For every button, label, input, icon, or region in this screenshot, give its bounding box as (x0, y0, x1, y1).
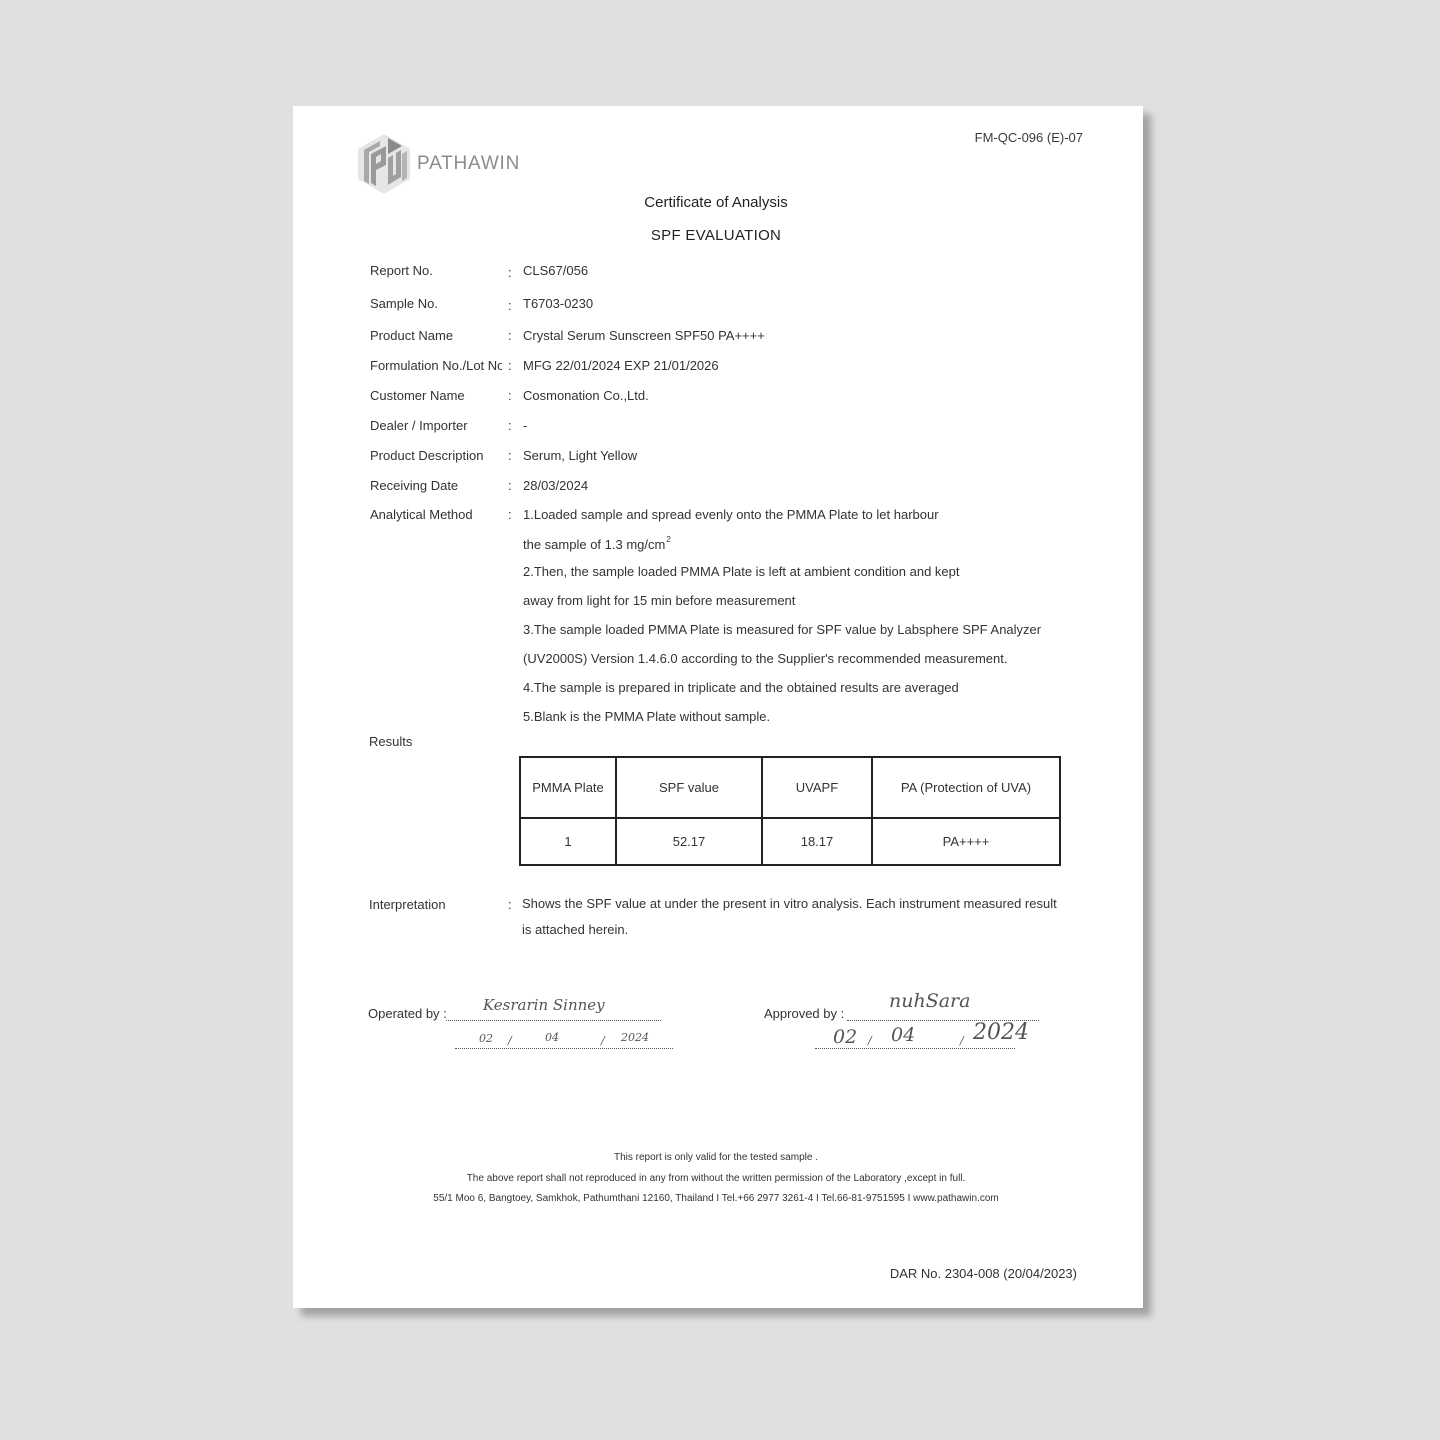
field-colon: : (508, 265, 512, 280)
method-line: 3.The sample loaded PMMA Plate is measur… (523, 622, 1041, 637)
method-line: 4.The sample is prepared in triplicate a… (523, 680, 959, 695)
date-separator: / (868, 1034, 872, 1047)
table-header-cell: PA (Protection of UVA) (872, 757, 1060, 818)
table-row: 1 52.17 18.17 PA++++ (520, 818, 1060, 865)
method-line: 5.Blank is the PMMA Plate without sample… (523, 709, 770, 724)
footer-reproduction-note: The above report shall not reproduced in… (293, 1173, 1139, 1184)
approved-date-day: 02 (833, 1026, 857, 1048)
results-label: Results (369, 734, 412, 749)
footer-validity-note: This report is only valid for the tested… (293, 1152, 1139, 1163)
field-colon: : (508, 448, 512, 463)
operated-by-label: Operated by : (368, 1006, 447, 1021)
field-colon: : (508, 418, 512, 433)
signature-line (446, 1020, 661, 1021)
field-label-product-name: Product Name (370, 328, 502, 343)
field-value-product-description: Serum, Light Yellow (523, 448, 637, 463)
dar-number: DAR No. 2304-008 (20/04/2023) (890, 1266, 1077, 1281)
form-code: FM-QC-096 (E)-07 (975, 130, 1083, 145)
table-header-cell: UVAPF (762, 757, 872, 818)
company-logo: PATHAWIN (356, 132, 520, 196)
field-value-sample-no: T6703-0230 (523, 296, 593, 311)
table-cell: 52.17 (616, 818, 762, 865)
pathawin-logo-icon (356, 132, 412, 196)
footer-address: 55/1 Moo 6, Bangtoey, Samkhok, Pathumtha… (293, 1193, 1139, 1204)
operated-date-day: 02 (479, 1032, 493, 1045)
table-header-cell: SPF value (616, 757, 762, 818)
method-line: (UV2000S) Version 1.4.6.0 according to t… (523, 651, 1007, 666)
method-line: 2.Then, the sample loaded PMMA Plate is … (523, 564, 959, 579)
table-cell: 1 (520, 818, 616, 865)
logo-text: PATHAWIN (417, 153, 520, 175)
field-value-customer-name: Cosmonation Co.,Ltd. (523, 388, 649, 403)
field-colon: : (508, 507, 512, 522)
superscript: 2 (666, 535, 670, 544)
table-header-cell: PMMA Plate (520, 757, 616, 818)
field-colon: : (508, 298, 512, 313)
field-label-dealer: Dealer / Importer (370, 418, 502, 433)
date-separator: / (601, 1034, 605, 1047)
field-colon: : (508, 358, 512, 373)
approved-date-month: 04 (891, 1024, 915, 1046)
certificate-page: PATHAWIN FM-QC-096 (E)-07 Certificate of… (293, 106, 1143, 1308)
interpretation-text: Shows the SPF value at under the present… (522, 891, 1062, 943)
field-label-receiving-date: Receiving Date (370, 478, 502, 493)
date-separator: / (508, 1034, 512, 1047)
field-value-lot-no: MFG 22/01/2024 EXP 21/01/2026 (523, 358, 719, 373)
operated-date-month: 04 (545, 1031, 559, 1044)
field-colon: : (508, 897, 512, 912)
approver-signature: nuhSara (889, 990, 970, 1012)
results-table: PMMA Plate SPF value UVAPF PA (Protectio… (519, 756, 1061, 866)
operator-signature: Kesrarin Sinney (483, 996, 605, 1014)
document-subtitle: SPF EVALUATION (293, 227, 1139, 244)
field-value-product-name: Crystal Serum Sunscreen SPF50 PA++++ (523, 328, 765, 343)
field-value-receiving-date: 28/03/2024 (523, 478, 588, 493)
field-label-sample-no: Sample No. (370, 296, 502, 311)
interpretation-label: Interpretation (369, 897, 446, 912)
field-label-customer-name: Customer Name (370, 388, 502, 403)
field-colon: : (508, 328, 512, 343)
method-line: away from light for 15 min before measur… (523, 593, 795, 608)
field-value-dealer: - (523, 418, 527, 433)
field-colon: : (508, 478, 512, 493)
approved-by-label: Approved by : (764, 1006, 844, 1021)
field-value-report-no: CLS67/056 (523, 263, 588, 278)
table-header-row: PMMA Plate SPF value UVAPF PA (Protectio… (520, 757, 1060, 818)
date-line (455, 1048, 673, 1049)
field-label-report-no: Report No. (370, 263, 502, 278)
approved-date-year: 2024 (973, 1020, 1029, 1045)
table-cell: 18.17 (762, 818, 872, 865)
field-colon: : (508, 388, 512, 403)
field-label-product-description: Product Description (370, 448, 502, 463)
field-label-lot-no: Formulation No./Lot No. (370, 358, 502, 373)
method-line: 1.Loaded sample and spread evenly onto t… (523, 507, 939, 522)
date-separator: / (960, 1034, 964, 1047)
table-cell: PA++++ (872, 818, 1060, 865)
method-label: Analytical Method (370, 507, 502, 522)
document-title: Certificate of Analysis (293, 194, 1139, 211)
operated-date-year: 2024 (621, 1031, 649, 1044)
method-line-text: the sample of 1.3 mg/cm (523, 537, 665, 552)
date-line (815, 1048, 1015, 1049)
method-line: the sample of 1.3 mg/cm2 (523, 535, 671, 552)
